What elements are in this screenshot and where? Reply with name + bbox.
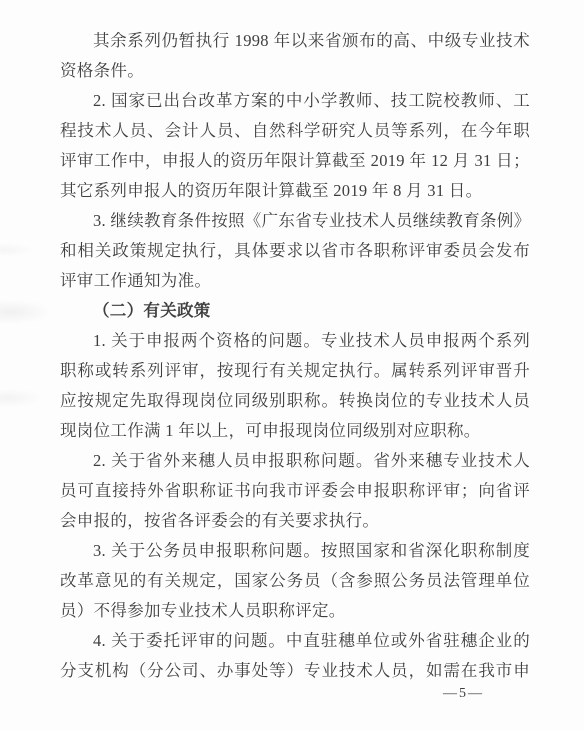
text-line: 应按规定先取得现岗位同级别职称。转换岗位的专业技术人员在 — [60, 386, 530, 416]
text-line: 4. 关于委托评审的问题。中直驻穗单位或外省驻穗企业的 — [60, 626, 530, 656]
text-line: 2. 关于省外来穗人员申报职称问题。省外来穗专业技术人 — [60, 446, 530, 476]
document-page: 其余系列仍暂执行 1998 年以来省颁布的高、中级专业技术资格条件。2. 国家已… — [0, 0, 584, 731]
text-line: 程技术人员、会计人员、自然科学研究人员等系列，在今年职称 — [60, 116, 530, 146]
text-line: 改革意见的有关规定，国家公务员（含参照公务员法管理单位人 — [60, 566, 530, 596]
text-line: 3. 关于公务员申报职称问题。按照国家和省深化职称制度 — [60, 536, 530, 566]
page-number: —5— — [443, 685, 484, 703]
text-line: 分支机构（分公司、办事处等）专业技术人员，如需在我市申报 — [60, 656, 530, 686]
text-line: 2. 国家已出台改革方案的中小学教师、技工院校教师、工 — [60, 86, 530, 116]
text-line: 员可直接持外省职称证书向我市评委会申报职称评审；向省评委 — [60, 476, 530, 506]
document-body: 其余系列仍暂执行 1998 年以来省颁布的高、中级专业技术资格条件。2. 国家已… — [60, 26, 530, 686]
text-line: 职称或转系列评审，按现行有关规定执行。属转系列评审晋升的， — [60, 356, 530, 386]
text-line: 其余系列仍暂执行 1998 年以来省颁布的高、中级专业技术 — [60, 26, 530, 56]
section-heading: （二）有关政策 — [60, 296, 530, 326]
text-line: 现岗位工作满 1 年以上，可申报现岗位同级别对应职称。 — [60, 416, 530, 446]
text-line: 评审工作通知为准。 — [60, 266, 530, 296]
text-line: 1. 关于申报两个资格的问题。专业技术人员申报两个系列 — [60, 326, 530, 356]
text-line: 资格条件。 — [60, 56, 530, 86]
text-line: 会申报的，按省各评委会的有关要求执行。 — [60, 506, 530, 536]
text-line: 员）不得参加专业技术人员职称评定。 — [60, 596, 530, 626]
text-line: 评审工作中，申报人的资历年限计算截至 2019 年 12 月 31 日； — [60, 146, 530, 176]
text-line: 和相关政策规定执行，具体要求以省市各职称评审委员会发布的 — [60, 236, 530, 266]
text-line: 3. 继续教育条件按照《广东省专业技术人员继续教育条例》 — [60, 206, 530, 236]
text-line: 其它系列申报人的资历年限计算截至 2019 年 8 月 31 日。 — [60, 176, 530, 206]
